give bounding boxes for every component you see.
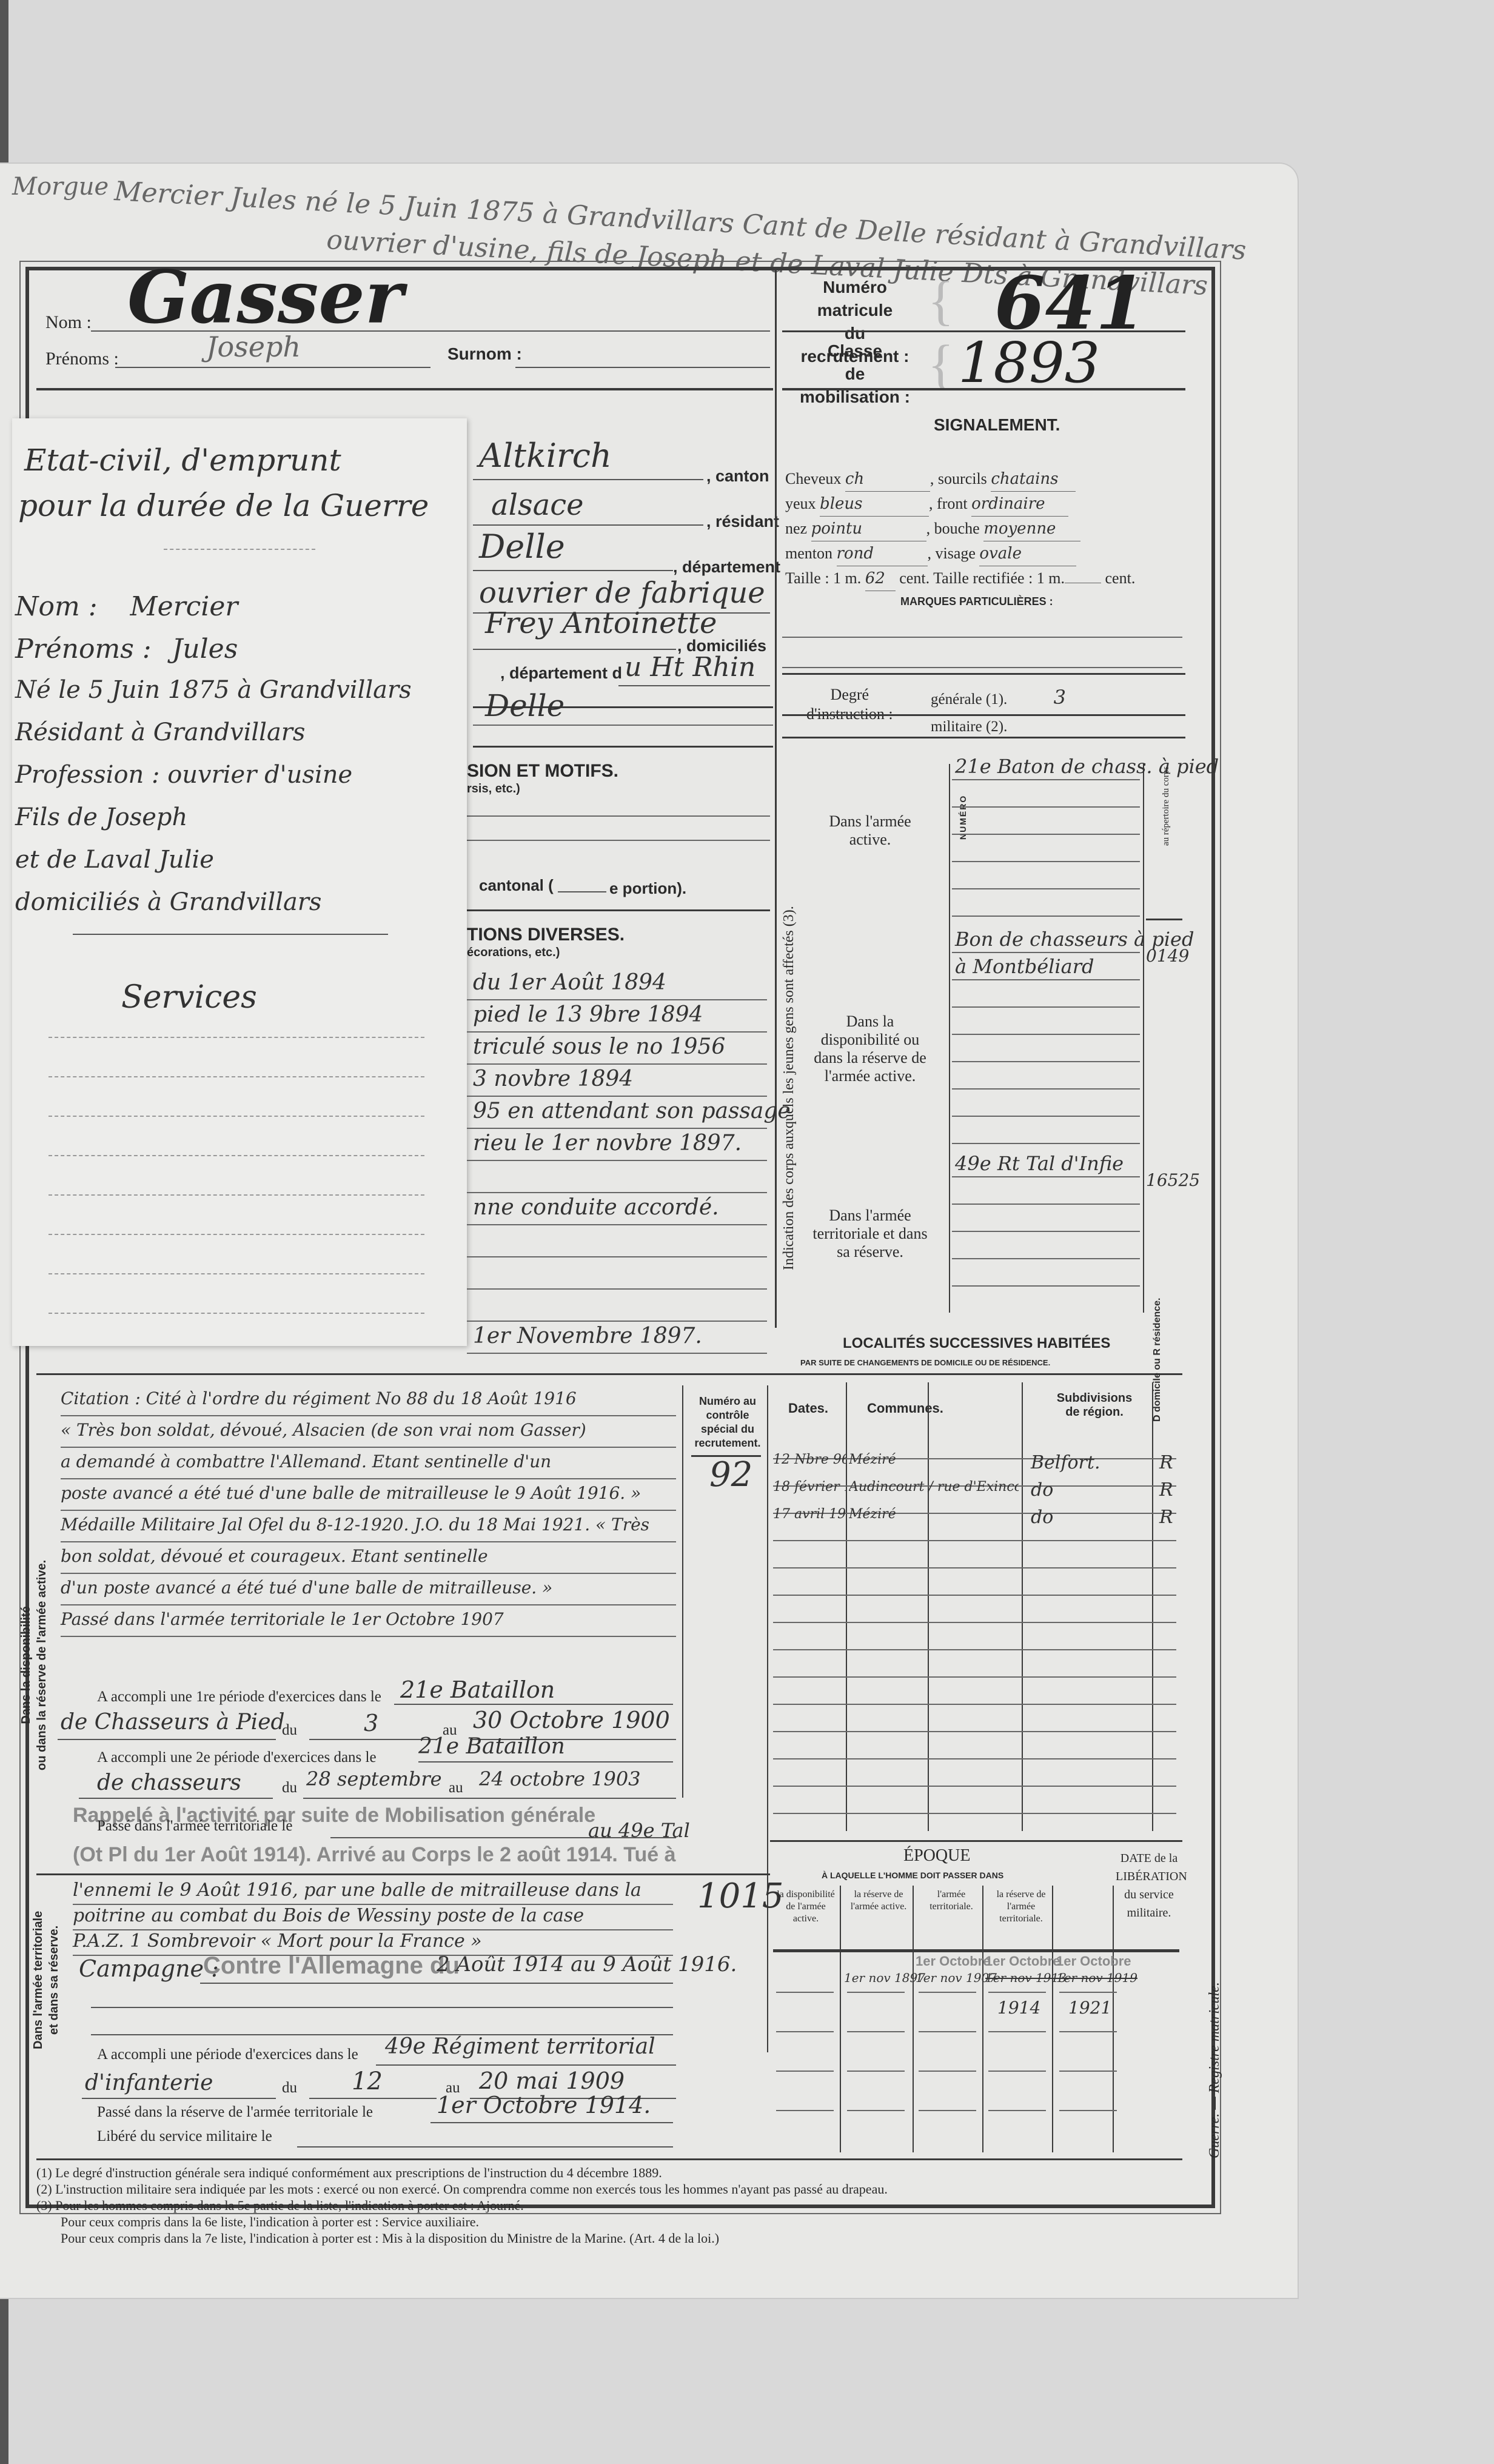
epoque-col-header: l'armée territoriale. xyxy=(918,1889,985,1913)
citation-rule xyxy=(61,1604,676,1605)
birthplace: Altkirch xyxy=(479,437,612,475)
instruction-militaire-label: militaire (2). xyxy=(931,718,1007,735)
prenoms-label: Prénoms : xyxy=(45,349,119,369)
surnom-label: Surnom : xyxy=(447,344,522,364)
localites-row-rule xyxy=(773,1676,1176,1678)
decision-rule xyxy=(467,1031,767,1033)
citation-rule xyxy=(61,1636,676,1637)
epoque-row-rule xyxy=(1059,2110,1117,2111)
reserve-territoriale-label: Passé dans la réserve de l'armée territo… xyxy=(97,2104,373,2121)
nom-label: Nom : xyxy=(45,312,92,333)
nom-value: Gasser xyxy=(127,255,403,340)
localites-date: 12 Nbre 96 xyxy=(773,1452,846,1467)
periode1-label: A accompli une 1re période d'exercices d… xyxy=(97,1689,381,1706)
citation-rule xyxy=(61,1573,676,1574)
cheveux-label: Cheveux xyxy=(785,470,841,487)
localites-row-rule xyxy=(773,1704,1176,1705)
epoque-row-rule xyxy=(988,2031,1046,2032)
passe-territoriale-value: au 49e Tal xyxy=(588,1819,690,1842)
citation-line: Passé dans l'armée territoriale le 1er O… xyxy=(61,1609,504,1629)
localites-subdivision: Belfort. xyxy=(1031,1452,1100,1473)
menton-value: rond xyxy=(837,541,928,566)
decision-rule xyxy=(467,1353,767,1354)
corps-rule xyxy=(952,1258,1140,1259)
passe-territoriale-label: Passé dans l'armée territoriale le xyxy=(97,1818,292,1835)
mentions-title: TIONS DIVERSES. xyxy=(467,925,625,945)
corps-numero: 0149 xyxy=(1146,946,1189,966)
taille-label: Taille : 1 m. xyxy=(785,569,861,587)
residence: Delle xyxy=(479,527,565,566)
periode1-du-label: du xyxy=(282,1722,297,1739)
localites-row-rule xyxy=(773,1622,1176,1623)
menton-label: menton xyxy=(785,544,832,562)
overlay-et-de-label: et de xyxy=(15,846,77,874)
margin-print: Guerre. — Registre matricule. xyxy=(1207,1982,1223,2158)
epoque-row-rule xyxy=(988,2110,1046,2111)
citation-line: Citation : Cité à l'ordre du régiment No… xyxy=(61,1388,577,1408)
epoque-col-header: la disponibilité de l'armée active. xyxy=(772,1889,839,1925)
overlay-nom-label: Nom : xyxy=(15,591,98,622)
corps-side-label: Indication des corps auxquels les jeunes… xyxy=(781,906,797,1270)
citation-line: « Très bon soldat, dévoué, Alsacien (de … xyxy=(61,1420,586,1440)
localites-subdivision: do xyxy=(1031,1479,1053,1501)
overlay-prenoms-label: Prénoms : xyxy=(15,634,152,665)
decision-line: du 1er Août 1894 xyxy=(473,970,666,995)
localites-row-rule xyxy=(773,1649,1176,1650)
localites-date: 17 avril 1908 xyxy=(773,1507,846,1522)
numero-header-rule xyxy=(1146,919,1182,920)
footnote: (1) Le degré d'instruction générale sera… xyxy=(36,2164,1188,2181)
periode2-au: 24 octobre 1903 xyxy=(479,1767,641,1790)
localites-dr: R xyxy=(1159,1452,1173,1473)
overlay-prenoms: Jules xyxy=(172,634,238,665)
epoque-row-rule xyxy=(776,1992,834,1993)
epoque-written: 1er nov 1907 xyxy=(916,1970,997,1985)
margin-fragment: Morgue xyxy=(12,173,109,201)
epoque-row-rule xyxy=(1059,1992,1117,1993)
epoque-stamp: 1er Octobre xyxy=(985,1953,1060,1969)
localites-col-divider xyxy=(1022,1382,1023,1831)
corps-rule xyxy=(952,806,1140,808)
epoque-col-divider xyxy=(840,1886,841,2152)
decision-rule xyxy=(467,1321,767,1322)
localites-commune: Audincourt / rue d'Exincourt xyxy=(849,1479,1019,1495)
citation-rule xyxy=(61,1510,676,1511)
overlay-ne-label: Né le xyxy=(15,676,81,704)
overlay-profession-label: Profession : xyxy=(15,761,159,789)
territorial-side-label-2: et dans sa réserve. xyxy=(46,1911,62,2049)
corps-rule xyxy=(952,1204,1140,1205)
citation-line: a demandé à combattre l'Allemand. Etant … xyxy=(61,1451,551,1471)
cantonal-label: cantonal ( xyxy=(479,876,554,895)
periode2-unit: 21e Bataillon xyxy=(418,1734,565,1759)
epoque-row-rule xyxy=(847,2071,905,2072)
localites-dr: R xyxy=(1159,1479,1173,1501)
corps-rule xyxy=(952,916,1140,917)
epoque-col-divider xyxy=(1052,1886,1053,2152)
canton-label: , canton xyxy=(706,467,769,486)
epoque-row-rule xyxy=(919,2071,976,2072)
territorial-periode-unit: 49e Régiment territorial xyxy=(385,2034,655,2059)
departement-label: , département xyxy=(673,558,780,577)
epoque-stamp: 1er Octobre xyxy=(1056,1953,1131,1969)
localites-row-rule xyxy=(773,1540,1176,1541)
localites-dr: R xyxy=(1159,1507,1173,1528)
overlay-ne-date: 5 Juin 1875 xyxy=(89,676,230,704)
campagne-value: 2 Août 1914 au 9 Août 1916. xyxy=(437,1952,737,1977)
corps-section-label: Dans l'armée active. xyxy=(806,812,934,849)
overlay-nom: Mercier xyxy=(130,591,238,622)
decision-line: 1er Novembre 1897. xyxy=(473,1324,702,1348)
epoque-row-rule xyxy=(919,2110,976,2111)
cent-label: cent. xyxy=(1105,569,1136,587)
decision-sub: rsis, etc.) xyxy=(467,782,520,796)
mentions-sub: écorations, etc.) xyxy=(467,946,560,960)
signalement-title: SIGNALEMENT. xyxy=(934,415,1060,435)
numero-controle-header: Numéro au contrôle spécial du recrutemen… xyxy=(691,1394,764,1450)
footnote: Pour ceux compris dans la 7e liste, l'in… xyxy=(36,2230,1188,2246)
ordre-stamp: (Ot Pl du 1er Août 1914). Arrivé au Corp… xyxy=(73,1843,675,1867)
corps-section-label: Dans l'armée territoriale et dans sa rés… xyxy=(806,1207,934,1261)
corps-entry: 49e Rt Tal d'Infie xyxy=(955,1152,1124,1175)
corps-rule xyxy=(952,861,1140,862)
decision-title: SION ET MOTIFS. xyxy=(467,761,618,782)
corps-entry: 21e Baton de chass. à pied xyxy=(955,755,1219,778)
epoque-subtitle: À LAQUELLE L'HOMME DOIT PASSER DANS xyxy=(822,1870,1003,1880)
decision-line: 95 en attendant son passage xyxy=(473,1099,791,1123)
epoque-row-rule xyxy=(919,1992,976,1993)
localites-commune: Méziré xyxy=(849,1452,1019,1467)
epoque-row-rule xyxy=(919,2031,976,2032)
taille-cent-label: cent. Taille rectifiée : 1 m. xyxy=(899,569,1065,587)
corps-numero: 16525 xyxy=(1146,1170,1200,1190)
localites-title: LOCALITÉS SUCCESSIVES HABITÉES xyxy=(843,1335,1110,1352)
numero-controle-1: 92 xyxy=(709,1455,752,1495)
overlay-ne-lieu-label: à xyxy=(237,676,252,704)
epoque-written: 1er nov 1919 xyxy=(1056,1970,1137,1985)
citation-line: Médaille Militaire Jal Ofel du 8-12-1920… xyxy=(61,1515,649,1535)
overlay-mere: Laval Julie xyxy=(84,846,213,874)
citation-rule xyxy=(61,1541,676,1542)
portion-label: e portion). xyxy=(609,879,686,898)
overlay-ne-lieu: Grandvillars xyxy=(260,676,412,704)
overlay-civil-status-card: Etat-civil, d'emprunt pour la durée de l… xyxy=(12,418,467,1346)
corps-rule xyxy=(952,1285,1140,1287)
epoque-col-divider xyxy=(913,1886,914,2152)
mother-name: Frey Antoinette xyxy=(485,606,717,640)
visage-value: ovale xyxy=(979,541,1076,566)
epoque-row-rule xyxy=(1059,2071,1117,2072)
reserve-territoriale-value: 1er Octobre 1914. xyxy=(437,2092,651,2118)
instruction-generale-label: générale (1). xyxy=(931,691,1007,708)
campagne-stamp: Contre l'Allemagne du xyxy=(203,1952,460,1980)
numero-controle-2: 1015 xyxy=(697,1876,784,1916)
localites-col-subdivisions: Subdivisions de région. xyxy=(1049,1391,1140,1419)
services-side-label-1: Dans la disponibilité xyxy=(18,1560,34,1770)
residant-label: , résidant xyxy=(706,512,779,531)
decision-line: rieu le 1er novbre 1897. xyxy=(473,1131,742,1156)
citation-line: bon soldat, dévoué et courageux. Etant s… xyxy=(61,1546,488,1566)
classe-value: 1893 xyxy=(958,330,1100,395)
decision-rule xyxy=(467,1288,767,1290)
periode2-label: A accompli une 2e période d'exercices da… xyxy=(97,1749,377,1766)
citation-line: poste avancé a été tué d'une balle de mi… xyxy=(61,1483,641,1503)
epoque-row-rule xyxy=(847,2031,905,2032)
libere-field xyxy=(297,2146,673,2148)
overlay-profession: ouvrier d'usine xyxy=(167,761,352,789)
sourcils-value: chatains xyxy=(991,467,1076,492)
citation-rule xyxy=(61,1415,676,1416)
epoque-row-rule xyxy=(1059,2031,1117,2032)
corps-rule xyxy=(952,979,1140,980)
localites-subtitle: PAR SUITE DE CHANGEMENTS DE DOMICILE OU … xyxy=(800,1358,1050,1367)
region: alsace xyxy=(491,488,584,522)
epoque-row-rule xyxy=(776,2071,834,2072)
death-line: P.A.Z. 1 Sombrevoir « Mort pour la Franc… xyxy=(73,1930,482,1952)
footnote: Pour ceux compris dans la 6e liste, l'in… xyxy=(36,2214,1188,2230)
citation-line: d'un poste avancé a été tué d'une balle … xyxy=(61,1578,552,1598)
citation-rule xyxy=(61,1447,676,1448)
corps-rule xyxy=(952,952,1140,953)
epoque-col-header: la réserve de l'armée active. xyxy=(845,1889,912,1913)
localites-date: 18 février 1900 xyxy=(773,1479,846,1495)
corps-rule xyxy=(952,1176,1140,1177)
epoque-header-rule xyxy=(773,1949,1179,1952)
decision-rule xyxy=(467,1160,767,1161)
decision-rule xyxy=(467,1128,767,1129)
marques-label: MARQUES PARTICULIÈRES : xyxy=(900,595,1053,608)
localites-row-rule xyxy=(773,1786,1176,1787)
overlay-title-1: Etat-civil, d'emprunt xyxy=(24,443,341,478)
taille-cm: 62 xyxy=(865,566,896,591)
localites-col-divider xyxy=(846,1382,847,1831)
epoque-corrected: 1914 xyxy=(997,1998,1040,2018)
corps-rule xyxy=(952,1088,1140,1090)
corps-rule xyxy=(952,888,1140,889)
corps-rule xyxy=(952,1231,1140,1232)
territorial-du: 12 xyxy=(352,2067,383,2095)
surnom-field xyxy=(515,367,770,368)
localites-row-rule xyxy=(773,1813,1176,1814)
decision-rule xyxy=(467,1224,767,1225)
nez-value: pointu xyxy=(811,517,926,541)
localites-col-communes: Communes. xyxy=(867,1401,943,1416)
epoque-col-header: la réserve de l'armée territoriale. xyxy=(988,1889,1054,1925)
localites-col-dates: Dates. xyxy=(788,1401,828,1416)
corps-rule xyxy=(952,1143,1140,1144)
epoque-row-rule xyxy=(847,1992,905,1993)
death-line: poitrine au combat du Bois de Wessiny po… xyxy=(73,1905,584,1926)
decision-rule xyxy=(467,999,767,1000)
nez-label: nez xyxy=(785,520,807,537)
decision-rule xyxy=(467,1192,767,1193)
departement-value: u Ht Rhin xyxy=(625,652,755,683)
epoque-row-rule xyxy=(988,2071,1046,2072)
overlay-fils-label: Fils de xyxy=(15,803,98,831)
localites-row-rule xyxy=(773,1731,1176,1732)
departement-d-label: , département d xyxy=(500,664,622,683)
overlay-services: Services xyxy=(121,979,257,1016)
epoque-row-rule xyxy=(988,1992,1046,1993)
periode1-unit: 21e Bataillon xyxy=(400,1676,555,1703)
territorial-du-label: du xyxy=(282,2080,297,2097)
localites-row-rule xyxy=(773,1595,1176,1596)
periode2-du-label: du xyxy=(282,1779,297,1796)
localites-col-divider xyxy=(1152,1382,1153,1831)
liberation-date-header: DATE de la LIBÉRATION du service militai… xyxy=(1116,1849,1182,1922)
corps-rule xyxy=(952,1061,1140,1062)
overlay-title-2: pour la durée de la Guerre xyxy=(18,488,429,523)
campagne-label: Campagne : xyxy=(79,1955,219,1982)
decision-line: nne conduite accordé. xyxy=(473,1195,719,1220)
bouche-value: moyenne xyxy=(983,517,1080,541)
localites-commune: Méziré xyxy=(849,1507,1019,1522)
localites-row-rule xyxy=(773,1567,1176,1568)
overlay-domicile: Grandvillars xyxy=(170,888,322,916)
matricule-label-1: Numéro matricule xyxy=(794,276,916,322)
localites-col-divider xyxy=(928,1382,929,1831)
corps-rule xyxy=(952,834,1140,835)
epoque-written: 1er nov 1897 xyxy=(844,1970,925,1985)
instruction-generale-value: 3 xyxy=(1054,686,1066,709)
periode1-unit2: de Chasseurs à Pied xyxy=(61,1710,285,1735)
services-side-label-2: ou dans la réserve de l'armée active. xyxy=(34,1560,50,1770)
libere-label: Libéré du service militaire le xyxy=(97,2128,272,2145)
footnote: (3) Pour les hommes compris dans la 5e p… xyxy=(36,2197,1188,2214)
corps-rule xyxy=(952,1006,1140,1008)
epoque-row-rule xyxy=(847,2110,905,2111)
epoque-stamp: 1er Octobre xyxy=(916,1953,991,1969)
bouche-label: , bouche xyxy=(926,520,980,537)
territorial-periode-unit2: d'infanterie xyxy=(85,2071,213,2095)
decision-rule xyxy=(467,1063,767,1065)
yeux-label: yeux xyxy=(785,495,816,512)
localites-subdivision: do xyxy=(1031,1507,1053,1528)
overlay-residant-label: Résidant à xyxy=(15,718,146,746)
periode2-unit2: de chasseurs xyxy=(97,1770,241,1795)
periode2-au-label: au xyxy=(449,1779,463,1796)
prenoms-value: Joseph xyxy=(206,330,301,363)
front-value: ordinaire xyxy=(971,492,1068,517)
visage-label: , visage xyxy=(928,544,976,562)
yeux-value: bleus xyxy=(820,492,929,517)
footnote: (2) L'instruction militaire sera indiqué… xyxy=(36,2181,1188,2197)
corps-section-label: Dans la disponibilité ou dans la réserve… xyxy=(806,1013,934,1085)
corps-rule xyxy=(952,1034,1140,1035)
instruction-label-1: Degré xyxy=(806,685,893,705)
territorial-au: 20 mai 1909 xyxy=(479,2067,625,2094)
territorial-side-label-1: Dans l'armée territoriale xyxy=(30,1911,46,2049)
taille-rectifiee xyxy=(1065,583,1101,583)
corps-entry: à Montbéliard xyxy=(955,955,1094,978)
overlay-pere: Joseph xyxy=(106,803,188,831)
localites-col-dr: D domicile ou R résidence. xyxy=(1152,1298,1163,1422)
epoque-corrected: 1921 xyxy=(1068,1998,1111,2018)
decision-rule xyxy=(467,1256,767,1257)
classe-label-1: Classe xyxy=(794,340,916,363)
cheveux-value: ch xyxy=(845,467,930,492)
death-line: l'ennemi le 9 Août 1916, par une balle d… xyxy=(73,1880,641,1901)
epoque-col-divider xyxy=(982,1886,983,2152)
decision-line: 3 novbre 1894 xyxy=(473,1066,633,1091)
overlay-domicilies-label: domiciliés à xyxy=(15,888,162,916)
decision-rule xyxy=(467,1096,767,1097)
classe-label-2: de mobilisation : xyxy=(794,363,916,409)
periode2-du: 28 septembre xyxy=(306,1767,442,1790)
canton-value: Delle xyxy=(485,688,564,723)
numero-repertoire-header-1: NUMÉRO xyxy=(958,795,968,840)
decision-line: pied le 13 9bre 1894 xyxy=(473,1002,703,1027)
localites-row-rule xyxy=(773,1758,1176,1759)
epoque-written: 1er nov 1913 xyxy=(985,1970,1067,1985)
cantonal-portion-field xyxy=(558,891,606,892)
decision-line: triculé sous le no 1956 xyxy=(473,1034,725,1059)
periode1-du: 3 xyxy=(364,1710,378,1736)
footnotes: (1) Le degré d'instruction générale sera… xyxy=(36,2164,1188,2246)
front-label: , front xyxy=(929,495,968,512)
corps-rule xyxy=(952,1116,1140,1117)
periode1-au: 30 Octobre 1900 xyxy=(473,1707,670,1733)
profession: ouvrier de fabrique xyxy=(479,576,765,610)
sourcils-label: , sourcils xyxy=(930,470,987,487)
death-rule xyxy=(73,1955,673,1956)
citation-rule xyxy=(61,1478,676,1479)
overlay-residant: Grandvillars xyxy=(153,718,306,746)
epoque-title: ÉPOQUE xyxy=(903,1846,970,1866)
corps-rule xyxy=(952,779,1140,780)
epoque-row-rule xyxy=(776,2031,834,2032)
territorial-periode-label: A accompli une période d'exercices dans … xyxy=(97,2046,358,2063)
epoque-col-divider xyxy=(1113,1886,1114,2152)
epoque-row-rule xyxy=(776,2110,834,2111)
